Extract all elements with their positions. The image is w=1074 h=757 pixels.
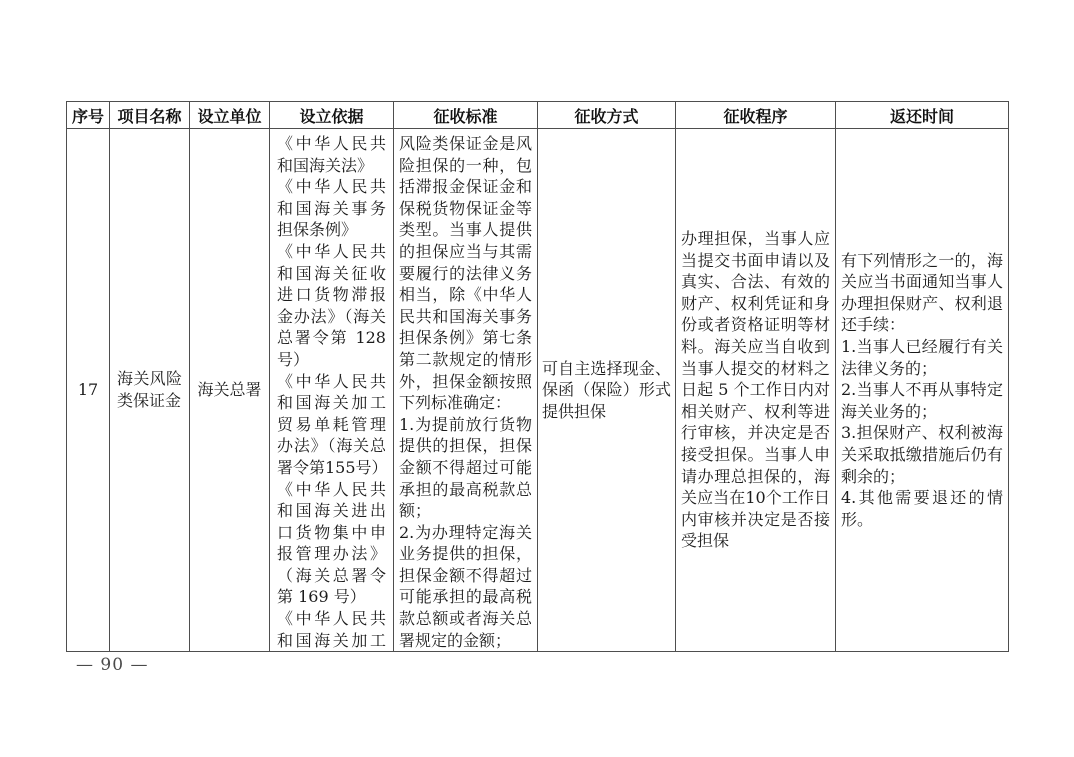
document-page: 序号 项目名称 设立单位 设立依据 征收标准 征收方式 征收程序 返还时间 17… xyxy=(0,0,1074,757)
col-header-index: 序号 xyxy=(67,102,110,129)
col-header-project-name: 项目名称 xyxy=(110,102,190,129)
cell-index: 17 xyxy=(67,129,110,652)
paragraph: 1.为提前放行货物提供的担保，担保金额不得超过可能承担的最高税款总额； xyxy=(399,414,532,522)
paragraph: 办理担保，当事人应当提交书面申请以及真实、合法、有效的财产、权利凭证和身份或者资… xyxy=(681,228,830,552)
paragraph: 2.为办理特定海关业务提供的担保，担保金额不得超过可能承担的最高税款总额或者海关… xyxy=(399,522,532,650)
page-number: — 90 — xyxy=(76,655,148,675)
col-header-establishment-basis: 设立依据 xyxy=(270,102,394,129)
paragraph: 3.担保财产、权利被海关采取抵缴措施后仍有剩余的； xyxy=(841,422,1003,487)
col-header-collection-procedure: 征收程序 xyxy=(676,102,836,129)
col-header-return-time: 返还时间 xyxy=(836,102,1009,129)
basis-text-block: 《中华人民共和国海关法》 《中华人民共和国海关事务担保条例》 《中华人民共和国海… xyxy=(277,133,386,650)
col-header-establishing-unit: 设立单位 xyxy=(190,102,270,129)
paragraph: 《中华人民共和国海关法》 xyxy=(277,133,386,176)
paragraph: 《中华人民共和国海关加工贸易货物监管 xyxy=(277,608,386,650)
cell-return-time: 有下列情形之一的，海关应当书面通知当事人办理担保财产、权利退还手续： 1.当事人… xyxy=(836,129,1009,652)
paragraph: 风险类保证金是风险担保的一种，包括滞报金保证金和保税货物保证金等类型。当事人提供… xyxy=(399,133,532,414)
paragraph: 《中华人民共和国海关征收进口货物滞报金办法》（海关总署令第 128 号） xyxy=(277,241,386,371)
standard-text-block: 风险类保证金是风险担保的一种，包括滞报金保证金和保税货物保证金等类型。当事人提供… xyxy=(399,133,532,650)
paragraph: 有下列情形之一的，海关应当书面通知当事人办理担保财产、权利退还手续： xyxy=(841,250,1003,336)
fee-items-table: 序号 项目名称 设立单位 设立依据 征收标准 征收方式 征收程序 返还时间 17… xyxy=(66,101,1009,652)
cell-establishment-basis: 《中华人民共和国海关法》 《中华人民共和国海关事务担保条例》 《中华人民共和国海… xyxy=(270,129,394,652)
paragraph: 可自主选择现金、保函（保险）形式提供担保 xyxy=(542,358,671,423)
paragraph: 《中华人民共和国海关加工贸易单耗管理办法》（海关总署令第155号） xyxy=(277,371,386,479)
cell-collection-procedure: 办理担保，当事人应当提交书面申请以及真实、合法、有效的财产、权利凭证和身份或者资… xyxy=(676,129,836,652)
col-header-collection-method: 征收方式 xyxy=(538,102,676,129)
paragraph: 《中华人民共和国海关事务担保条例》 xyxy=(277,176,386,241)
header-row: 序号 项目名称 设立单位 设立依据 征收标准 征收方式 征收程序 返还时间 xyxy=(67,102,1009,129)
paragraph: 2.当事人不再从事特定海关业务的； xyxy=(841,379,1003,422)
paragraph: 4.其他需要退还的情形。 xyxy=(841,487,1003,530)
cell-project-name: 海关风险类保证金 xyxy=(110,129,190,652)
cell-collection-standard: 风险类保证金是风险担保的一种，包括滞报金保证金和保税货物保证金等类型。当事人提供… xyxy=(394,129,538,652)
cell-collection-method: 可自主选择现金、保函（保险）形式提供担保 xyxy=(538,129,676,652)
col-header-collection-standard: 征收标准 xyxy=(394,102,538,129)
paragraph: 《中华人民共和国海关进出口货物集中申报管理办法》（海关总署令第 169 号） xyxy=(277,479,386,609)
cell-establishing-unit: 海关总署 xyxy=(190,129,270,652)
paragraph: 1.当事人已经履行有关法律义务的； xyxy=(841,336,1003,379)
table-row: 17 海关风险类保证金 海关总署 《中华人民共和国海关法》 《中华人民共和国海关… xyxy=(67,129,1009,652)
